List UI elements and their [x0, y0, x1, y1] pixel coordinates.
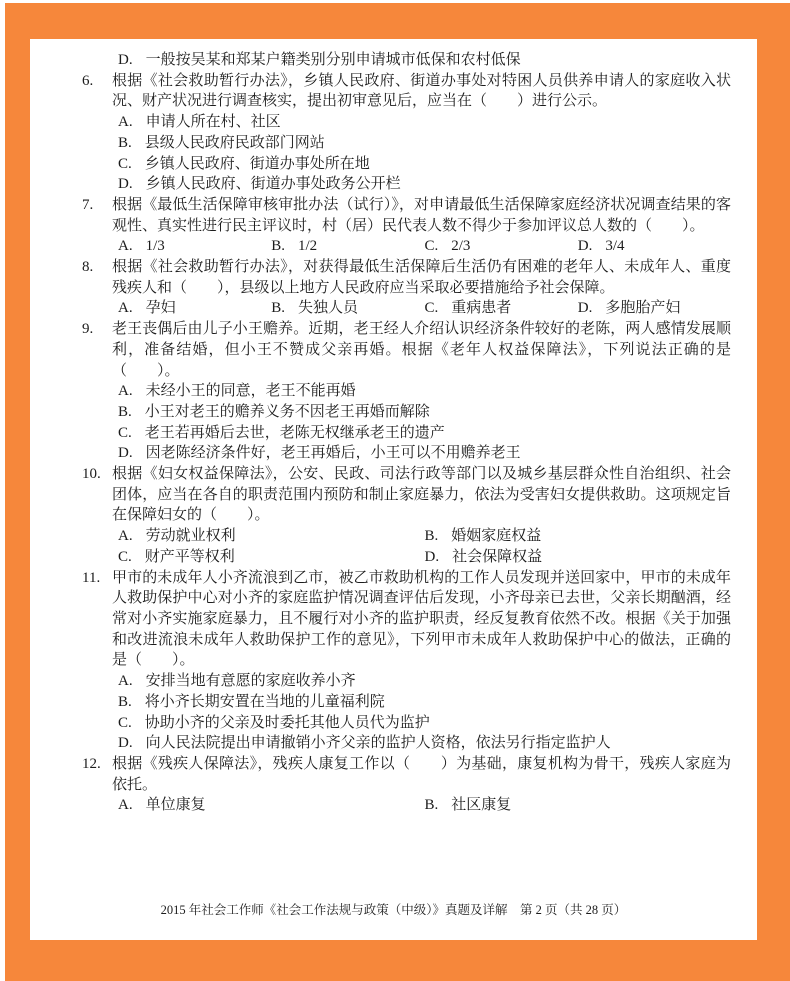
- option-text: 县级人民政府民政部门网站: [145, 133, 325, 154]
- option-text: 孕妇: [146, 298, 176, 319]
- options-group: A.安排当地有意愿的家庭收养小齐B.将小齐长期安置在当地的儿童福利院C.协助小齐…: [118, 671, 731, 754]
- option-text: 申请人所在村、社区: [146, 112, 281, 133]
- answer-option: B.1/2: [271, 236, 424, 257]
- answer-option: A.单位康复: [118, 795, 425, 816]
- question: 11.甲市的未成年人小齐流浪到乙市，被乙市救助机构的工作人员发现并送回家中，甲市…: [82, 568, 731, 754]
- question-stem: 根据《最低生活保障审核审批办法（试行）》，对申请最低生活保障家庭经济状况调查结果…: [112, 195, 731, 236]
- answer-option: B.县级人民政府民政部门网站: [118, 133, 731, 154]
- option-text: 财产平等权利: [145, 547, 235, 568]
- answer-option: A.1/3: [118, 236, 271, 257]
- question-number: 6.: [82, 71, 112, 92]
- option-text: 多胞胎产妇: [605, 298, 680, 319]
- answer-option: B.社区康复: [425, 795, 732, 816]
- orange-border-frame: D. 一般按吴某和郑某户籍类别分别申请城市低保和农村低保 6.根据《社会救助暂行…: [5, 3, 790, 981]
- option-text: 一般按吴某和郑某户籍类别分别申请城市低保和农村低保: [146, 50, 521, 71]
- question: 9.老王丧偶后由儿子小王赡养。近期，老王经人介绍认识经济条件较好的老陈，两人感情…: [82, 319, 731, 464]
- question-stem: 甲市的未成年人小齐流浪到乙市，被乙市救助机构的工作人员发现并送回家中，甲市的未成…: [112, 568, 731, 672]
- option-text: 未经小王的同意，老王不能再婚: [146, 381, 356, 402]
- answer-option: A.孕妇: [118, 298, 271, 319]
- options-group: A.孕妇B.失独人员C.重病患者D.多胞胎产妇: [118, 298, 731, 319]
- option-label: A.: [118, 795, 133, 816]
- question: 8.根据《社会救助暂行办法》，对获得最低生活保障后生活仍有困难的老年人、未成年人…: [82, 257, 731, 319]
- option-text: 乡镇人民政府、街道办事处所在地: [145, 154, 370, 175]
- answer-option: C.重病患者: [425, 298, 578, 319]
- option-label: A.: [118, 381, 133, 402]
- option-text: 向人民法院提出申请撤销小齐父亲的监护人资格，依法另行指定监护人: [146, 733, 611, 754]
- answer-option: A.安排当地有意愿的家庭收养小齐: [118, 671, 731, 692]
- options-group: A.未经小王的同意，老王不能再婚B.小王对老王的赡养义务不因老王再婚而解除C.老…: [118, 381, 731, 464]
- answer-option: B.婚姻家庭权益: [425, 526, 732, 547]
- answer-option: A.劳动就业权利: [118, 526, 425, 547]
- question: 10.根据《妇女权益保障法》，公安、民政、司法行政等部门以及城乡基层群众性自治组…: [82, 464, 731, 568]
- question-stem-row: 10.根据《妇女权益保障法》，公安、民政、司法行政等部门以及城乡基层群众性自治组…: [82, 464, 731, 526]
- answer-option: C.协助小齐的父亲及时委托其他人员代为监护: [118, 713, 731, 734]
- option-text: 2/3: [451, 236, 470, 257]
- answer-option: C.2/3: [425, 236, 578, 257]
- answer-option: D. 一般按吴某和郑某户籍类别分别申请城市低保和农村低保: [118, 50, 731, 71]
- answer-option: D.3/4: [578, 236, 731, 257]
- option-label: A.: [118, 671, 133, 692]
- options-group: A.劳动就业权利B.婚姻家庭权益C.财产平等权利D.社会保障权益: [118, 526, 731, 567]
- question-stem: 老王丧偶后由儿子小王赡养。近期，老王经人介绍认识经济条件较好的老陈，两人感情发展…: [112, 319, 731, 381]
- option-text: 3/4: [605, 236, 624, 257]
- option-label: B.: [271, 236, 285, 257]
- question-stem-row: 11.甲市的未成年人小齐流浪到乙市，被乙市救助机构的工作人员发现并送回家中，甲市…: [82, 568, 731, 672]
- option-text: 婚姻家庭权益: [451, 526, 541, 547]
- question-number: 12.: [82, 754, 112, 775]
- question-number: 11.: [82, 568, 112, 589]
- option-text: 安排当地有意愿的家庭收养小齐: [146, 671, 356, 692]
- options-group: A.申请人所在村、社区B.县级人民政府民政部门网站C.乡镇人民政府、街道办事处所…: [118, 112, 731, 195]
- option-label: D.: [118, 733, 133, 754]
- answer-option: C.乡镇人民政府、街道办事处所在地: [118, 154, 731, 175]
- option-label: C.: [118, 713, 132, 734]
- option-text: 社区康复: [451, 795, 511, 816]
- option-label: A.: [118, 112, 133, 133]
- question-stem-row: 8.根据《社会救助暂行办法》，对获得最低生活保障后生活仍有困难的老年人、未成年人…: [82, 257, 731, 298]
- option-label: D.: [118, 174, 133, 195]
- answer-option: A.申请人所在村、社区: [118, 112, 731, 133]
- answer-option: D.因老陈经济条件好，老王再婚后，小王可以不用赡养老王: [118, 443, 731, 464]
- question-number: 8.: [82, 257, 112, 278]
- question-number: 9.: [82, 319, 112, 340]
- answer-option: A.未经小王的同意，老王不能再婚: [118, 381, 731, 402]
- answer-option: D.多胞胎产妇: [578, 298, 731, 319]
- question-stem: 根据《残疾人保障法》，残疾人康复工作以（ ）为基础，康复机构为骨干，残疾人家庭为…: [112, 754, 731, 795]
- answer-option: B.小王对老王的赡养义务不因老王再婚而解除: [118, 402, 731, 423]
- answer-option: D.社会保障权益: [425, 547, 732, 568]
- option-text: 小王对老王的赡养义务不因老王再婚而解除: [145, 402, 430, 423]
- option-label: B.: [425, 795, 439, 816]
- answer-option: D.乡镇人民政府、街道办事处政务公开栏: [118, 174, 731, 195]
- option-text: 老王若再婚后去世，老陈无权继承老王的遗产: [145, 423, 445, 444]
- option-label: D.: [118, 50, 133, 71]
- option-label: B.: [118, 692, 132, 713]
- option-label: D.: [118, 443, 133, 464]
- question: 7.根据《最低生活保障审核审批办法（试行）》，对申请最低生活保障家庭经济状况调查…: [82, 195, 731, 257]
- page-footer: 2015 年社会工作师《社会工作法规与政策（中级）》真题及详解 第 2 页（共 …: [30, 900, 757, 918]
- option-label: D.: [578, 298, 593, 319]
- question: 12.根据《残疾人保障法》，残疾人康复工作以（ ）为基础，康复机构为骨干，残疾人…: [82, 754, 731, 816]
- exam-content: D. 一般按吴某和郑某户籍类别分别申请城市低保和农村低保 6.根据《社会救助暂行…: [82, 50, 731, 816]
- question-stem-row: 9.老王丧偶后由儿子小王赡养。近期，老王经人介绍认识经济条件较好的老陈，两人感情…: [82, 319, 731, 381]
- option-label: B.: [425, 526, 439, 547]
- option-label: C.: [118, 547, 132, 568]
- option-label: B.: [118, 133, 132, 154]
- option-text: 失独人员: [298, 298, 358, 319]
- option-text: 乡镇人民政府、街道办事处政务公开栏: [146, 174, 401, 195]
- option-label: A.: [118, 236, 133, 257]
- answer-option: B.失独人员: [271, 298, 424, 319]
- option-label: D.: [425, 547, 440, 568]
- options-group: A.1/3B.1/2C.2/3D.3/4: [118, 236, 731, 257]
- option-text: 1/2: [298, 236, 317, 257]
- option-text: 社会保障权益: [452, 547, 542, 568]
- question: 6.根据《社会救助暂行办法》，乡镇人民政府、街道办事处对特困人员供养申请人的家庭…: [82, 71, 731, 195]
- option-label: C.: [118, 423, 132, 444]
- paper-page: D. 一般按吴某和郑某户籍类别分别申请城市低保和农村低保 6.根据《社会救助暂行…: [30, 39, 757, 940]
- option-text: 因老陈经济条件好，老王再婚后，小王可以不用赡养老王: [146, 443, 521, 464]
- option-label: A.: [118, 526, 133, 547]
- option-text: 单位康复: [146, 795, 206, 816]
- option-text: 将小齐长期安置在当地的儿童福利院: [145, 692, 385, 713]
- option-text: 重病患者: [451, 298, 511, 319]
- question-stem: 根据《社会救助暂行办法》，对获得最低生活保障后生活仍有困难的老年人、未成年人、重…: [112, 257, 731, 298]
- answer-option: C.财产平等权利: [118, 547, 425, 568]
- question-stem: 根据《社会救助暂行办法》，乡镇人民政府、街道办事处对特困人员供养申请人的家庭收入…: [112, 71, 731, 112]
- option-text: 1/3: [146, 236, 165, 257]
- option-text: 劳动就业权利: [146, 526, 236, 547]
- option-text: 协助小齐的父亲及时委托其他人员代为监护: [145, 713, 430, 734]
- answer-option: D.向人民法院提出申请撤销小齐父亲的监护人资格，依法另行指定监护人: [118, 733, 731, 754]
- question-stem-row: 6.根据《社会救助暂行办法》，乡镇人民政府、街道办事处对特困人员供养申请人的家庭…: [82, 71, 731, 112]
- option-label: A.: [118, 298, 133, 319]
- question-stem-row: 12.根据《残疾人保障法》，残疾人康复工作以（ ）为基础，康复机构为骨干，残疾人…: [82, 754, 731, 795]
- option-label: B.: [118, 402, 132, 423]
- question-number: 10.: [82, 464, 112, 485]
- option-label: C.: [425, 236, 439, 257]
- options-group: A.单位康复B.社区康复: [118, 795, 731, 816]
- question-stem: 根据《妇女权益保障法》，公安、民政、司法行政等部门以及城乡基层群众性自治组织、社…: [112, 464, 731, 526]
- option-label: B.: [271, 298, 285, 319]
- answer-option: B.将小齐长期安置在当地的儿童福利院: [118, 692, 731, 713]
- option-label: C.: [425, 298, 439, 319]
- option-label: C.: [118, 154, 132, 175]
- question-stem-row: 7.根据《最低生活保障审核审批办法（试行）》，对申请最低生活保障家庭经济状况调查…: [82, 195, 731, 236]
- question-number: 7.: [82, 195, 112, 216]
- answer-option: C.老王若再婚后去世，老陈无权继承老王的遗产: [118, 423, 731, 444]
- option-label: D.: [578, 236, 593, 257]
